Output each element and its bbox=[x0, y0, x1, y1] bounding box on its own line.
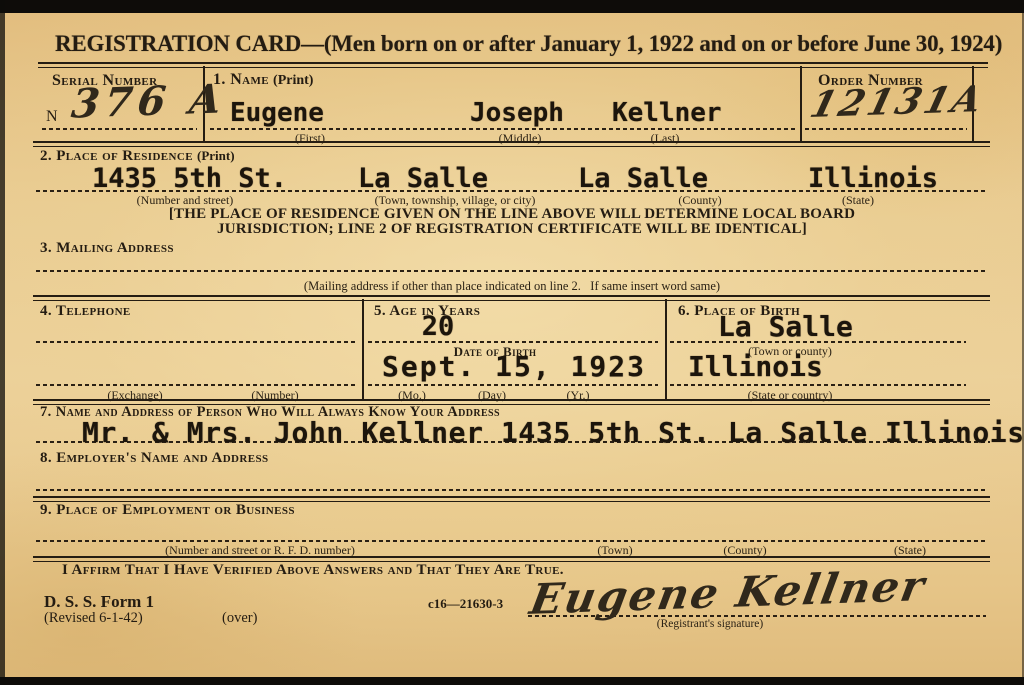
serial-number-value: 376 A bbox=[70, 79, 228, 124]
name-last-value: Kellner bbox=[612, 100, 722, 126]
name-label: 1. Name bbox=[213, 71, 269, 88]
employment-label: 9. Place of Employment or Business bbox=[40, 502, 295, 519]
registration-card: REGISTRATION CARD—(Men born on or after … bbox=[0, 0, 1024, 685]
jurisdiction-notice-line2: JURISDICTION; LINE 2 OF REGISTRATION CER… bbox=[40, 221, 984, 238]
residence-state-value: Illinois bbox=[808, 165, 938, 192]
divider-telephone-age bbox=[362, 299, 364, 400]
contact-value: Mr. & Mrs. John Kellner 1435 5th St. La … bbox=[82, 419, 1024, 447]
form-revised: (Revised 6-1-42) bbox=[44, 610, 143, 627]
residence-county-value: La Salle bbox=[578, 165, 708, 192]
employer-line bbox=[36, 489, 986, 491]
residence-label: 2. Place of Residence bbox=[40, 148, 193, 164]
residence-line bbox=[36, 190, 986, 192]
employer-label: 8. Employer's Name and Address bbox=[40, 450, 269, 467]
mailing-address-label: 3. Mailing Address bbox=[40, 240, 174, 257]
date-of-birth-line bbox=[368, 384, 658, 386]
print-code: c16—21630-3 bbox=[428, 596, 503, 612]
telephone-line-2 bbox=[36, 384, 356, 386]
form-number: D. S. S. Form 1 bbox=[44, 592, 154, 612]
name-line bbox=[210, 128, 796, 130]
employment-line bbox=[36, 540, 986, 542]
form-over: (over) bbox=[222, 610, 257, 627]
title-rule bbox=[38, 62, 988, 68]
mailing-address-line bbox=[36, 270, 986, 272]
order-number-line bbox=[805, 128, 967, 130]
name-print-label: (Print) bbox=[273, 73, 313, 88]
rule-mailing-bottom bbox=[33, 295, 990, 301]
telephone-label: 4. Telephone bbox=[40, 303, 131, 320]
residence-street-value: 1435 5th St. bbox=[92, 165, 287, 192]
age-value: 20 bbox=[398, 313, 478, 340]
mailing-address-note: (Mailing address if other than place ind… bbox=[40, 279, 984, 294]
scan-edge-left bbox=[0, 0, 5, 685]
affirmation-text: I Affirm That I Have Verified Above Answ… bbox=[62, 562, 564, 579]
name-first-value: Eugene bbox=[230, 100, 324, 126]
residence-city-value: La Salle bbox=[358, 165, 488, 192]
birthplace-state-line bbox=[670, 384, 966, 386]
serial-number-line bbox=[42, 128, 197, 130]
order-number-value: 12131A bbox=[807, 81, 989, 123]
date-of-birth-value: Sept. 15, 1923 bbox=[382, 353, 646, 381]
name-section-label: 1. Name (Print) bbox=[213, 71, 313, 89]
birthplace-state-value: Illinois bbox=[688, 353, 823, 381]
registrant-signature: Eugene Kellner bbox=[527, 565, 929, 621]
card-title: REGISTRATION CARD—(Men born on or after … bbox=[55, 31, 1002, 57]
scan-edge-top bbox=[0, 0, 1024, 13]
age-line bbox=[368, 341, 658, 343]
name-middle-value: Joseph bbox=[470, 100, 564, 126]
serial-number-prefix: N bbox=[46, 108, 58, 126]
birthplace-town-value: La Salle bbox=[718, 313, 853, 341]
divider-name-order bbox=[800, 66, 802, 142]
scan-edge-bottom bbox=[0, 677, 1024, 685]
divider-age-birthplace bbox=[665, 299, 667, 400]
residence-print-label: (Print) bbox=[197, 148, 235, 163]
telephone-line-1 bbox=[36, 341, 356, 343]
